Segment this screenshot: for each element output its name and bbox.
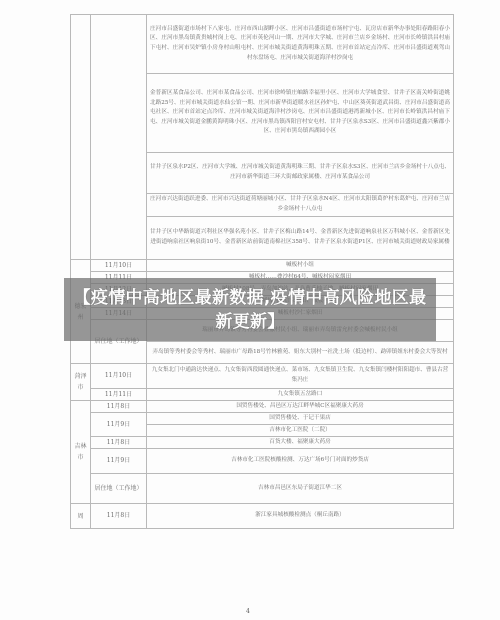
place-cell: 吉林市昌邑区东局子街道江华二区 [147,474,454,504]
date-cell: 11月8日 [91,504,147,529]
place-cell: 吉林市化工医院（二院） [147,425,454,437]
date-cell-dalian [91,15,147,260]
place-cell: 国贸售楼处、于记干果店 [147,413,454,425]
region-cell-dalian [71,15,91,260]
place-cell: 庄河市兴达街道跃进委、庄河市兴达街道荷塘丽城小区、甘井子区泉水N4区、庄河市太阳… [147,194,454,217]
place-cell: 吉林市化工医院核酸检测、万达广场6号门对面的炒货店 [147,449,454,474]
date-cell: 11月8日 [91,401,147,413]
place-cell: 喊板村小组 [147,260,454,272]
region-cell-heze: 菏泽市 [71,364,91,401]
place-cell: 甘井子区泉水P2区、庄河市大学城、庄河市城关街道黄海明珠三期、甘井子区泉水S3区… [147,153,454,194]
date-cell: 11月11日 [91,389,147,401]
title-overlay-banner: 【疫情中高地区最新数据,疫情中高风险地区最新更新】 [64,278,436,341]
table-row: 11月8日 百货大楼、福聚康大药房 [71,437,454,449]
region-label: 周 [74,511,87,522]
place-cell: 九女集北门中通韵达快递点、九女集街西段圆通快递点、菜市场、九女集镇卫生院、九女集… [147,364,454,389]
place-cell: 金普新区某食品公司、庄河市某食品公司、庄河市徐岭镇庄岫路幸福里小区、庄河市大学城… [147,74,454,153]
place-cell: 国贸售楼处、昌邑区万达江畔华城C区福聚康大药房 [147,401,454,413]
region-cell-jilin: 吉林市 [71,401,91,504]
document-page: 庄河市吕盛街道市场村下八家屯、庄河市西山湖畔小区、庄河市吕盛街道市场村宁屯、瓦房… [0,0,500,620]
place-cell: 庄河市吕盛街道市场村下八家屯、庄河市西山湖畔小区、庄河市吕盛街道市场村宁屯、瓦房… [147,15,454,74]
place-cell: 弄岛镇等秀村委会等秀村、瑞丽市广母路18号竹林雅苑、姐东大别村一社洗土场（抵边村… [147,342,454,364]
region-label: 吉林市 [74,441,87,463]
date-cell: 11月9日 [91,449,147,474]
date-cell: 11月10日 [91,260,147,272]
place-cell: 百货大楼、福聚康大药房 [147,437,454,449]
risk-area-table: 庄河市吕盛街道市场村下八家屯、庄河市西山湖畔小区、庄河市吕盛街道市场村宁屯、瓦房… [70,14,454,529]
table-row: 居住地（工作地） 吉林市昌邑区东局子街道江华二区 [71,474,454,504]
overlay-title: 【疫情中高地区最新数据,疫情中高风险地区最新更新】 [70,286,430,334]
page-number: 4 [246,608,250,615]
table-row: 周 11月8日 浙江家具城核酸检测点（桐丘南路） [71,504,454,529]
table-row: 11月9日 吉林市化工医院核酸检测、万达广场6号门对面的炒货店 [71,449,454,474]
date-cell: 11月9日 [91,413,147,437]
table-row: 吉林市 11月8日 国贸售楼处、昌邑区万达江畔华城C区福聚康大药房 [71,401,454,413]
place-cell: 浙江家具城核酸检测点（桐丘南路） [147,504,454,529]
table-row: 11月9日 国贸售楼处、于记干果店 [71,413,454,425]
table-row: 菏泽市 11月10日 九女集北门中通韵达快递点、九女集街西段圆通快递点、菜市场、… [71,364,454,389]
place-cell: 甘井子区中华路街道兴利社区华强名苑小区、甘井子区梅山路14号、金普新区先进街道响… [147,217,454,260]
region-label: 菏泽市 [74,371,87,393]
date-cell: 11月10日 [91,364,147,389]
region-cell-zhou: 周 [71,504,91,529]
table-row: 11月11日 九女集镇五岔路口 [71,389,454,401]
date-cell: 居住地（工作地） [91,474,147,504]
table-row: 庄河市吕盛街道市场村下八家屯、庄河市西山湖畔小区、庄河市吕盛街道市场村宁屯、瓦房… [71,15,454,74]
place-cell: 九女集镇五岔路口 [147,389,454,401]
table-row: 德宏州 11月10日 喊板村小组 [71,260,454,272]
date-cell: 11月8日 [91,437,147,449]
